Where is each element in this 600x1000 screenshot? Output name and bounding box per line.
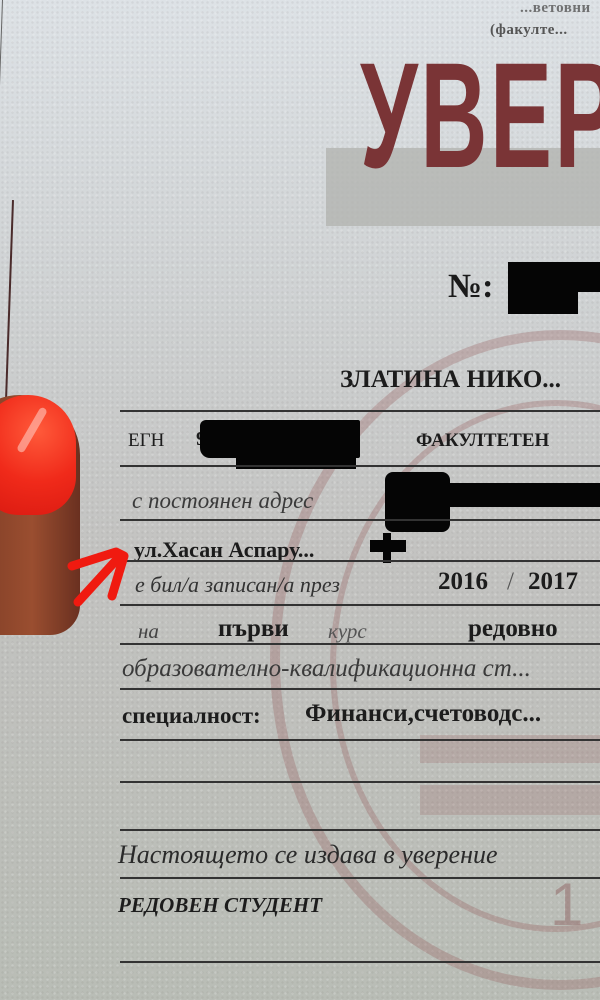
redaction-egn <box>200 420 360 458</box>
redaction-number <box>508 262 578 314</box>
year-to: 2017 <box>528 568 578 596</box>
address-label: с постоянен адрес <box>132 488 313 514</box>
redaction-address <box>440 483 600 507</box>
year-separator: / <box>507 568 514 596</box>
course-number: първи <box>218 615 289 643</box>
header-line-1: ...ветовни <box>520 0 591 17</box>
study-form: редовно <box>468 615 558 643</box>
specialty-label: специалност: <box>122 703 261 729</box>
student-status: РЕДОВЕН СТУДЕНТ <box>118 893 322 918</box>
form-line <box>120 560 600 562</box>
form-line <box>120 877 600 879</box>
stamp-band <box>420 785 600 815</box>
form-line <box>120 829 600 831</box>
form-line <box>120 465 600 467</box>
red-arrow-icon <box>64 544 134 614</box>
enrolled-label: е бил/а записан/а през <box>135 572 340 598</box>
year-from: 2016 <box>438 568 488 596</box>
form-line <box>120 643 600 645</box>
document-title: УВЕР <box>360 40 600 190</box>
redaction-street <box>383 533 391 563</box>
redaction-number <box>575 262 600 292</box>
degree-label: образователно-квалификационна ст... <box>122 655 531 683</box>
student-name: ЗЛАТИНА НИКО... <box>340 366 561 394</box>
course-label: курс <box>328 619 367 644</box>
form-line <box>120 961 600 963</box>
form-line <box>120 519 600 521</box>
form-line <box>120 604 600 606</box>
faculty-label: ФАКУЛТЕТЕН <box>416 430 549 452</box>
egn-label: ЕГН <box>128 430 164 452</box>
form-line <box>120 739 600 741</box>
issued-text: Настоящето се издава в уверение <box>118 840 498 870</box>
number-label: №: <box>448 268 494 306</box>
form-line <box>120 688 600 690</box>
na-label: на <box>138 619 159 644</box>
specialty-value: Финанси,счетоводс... <box>305 700 541 728</box>
stamp-digit: 1 <box>550 870 583 939</box>
form-line <box>120 410 600 412</box>
form-line <box>120 781 600 783</box>
